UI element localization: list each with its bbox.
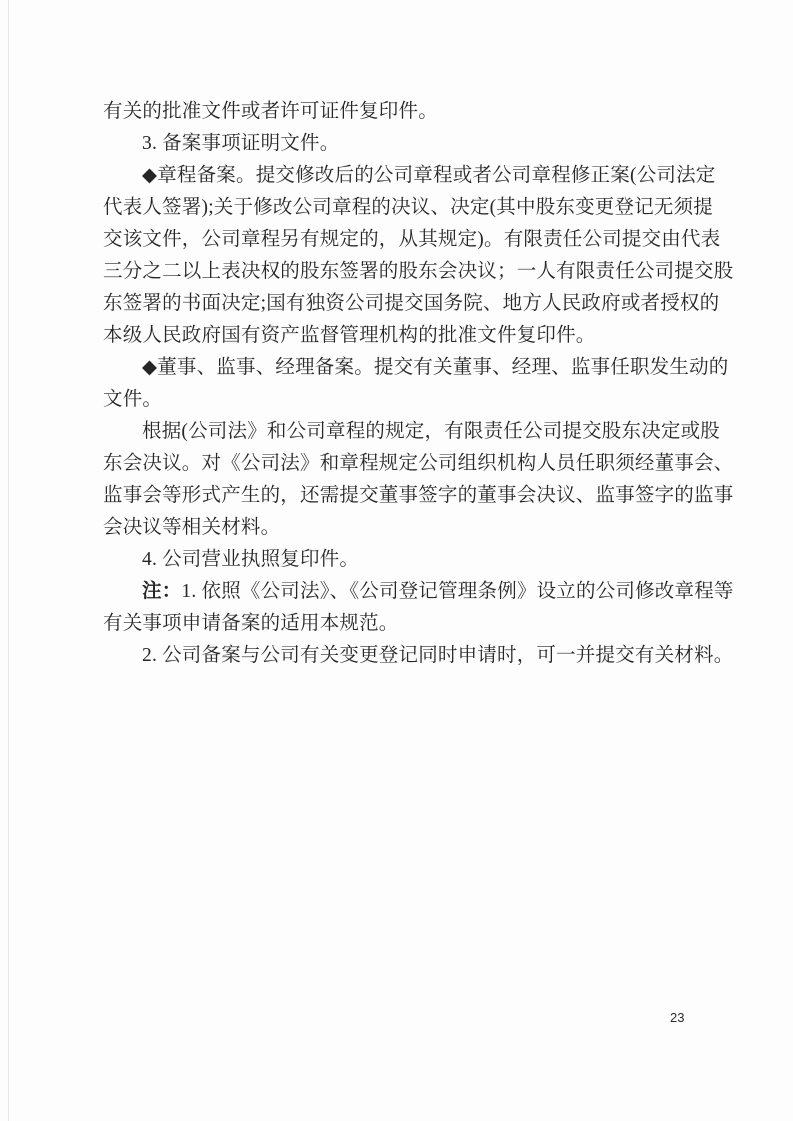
text-line: ◆董事、监事、经理备案。提交有关董事、经理、监事任职发生动的 xyxy=(103,352,743,384)
text-line: 代表人签署);关于修改公司章程的决议、决定(其中股东变更登记无须提 xyxy=(103,192,743,224)
text-line: 监事会等形式产生的，还需提交董事签字的董事会决议、监事签字的监事 xyxy=(103,480,743,512)
text-line: 根据(公司法》和公司章程的规定，有限责任公司提交股东决定或股 xyxy=(103,416,743,448)
scan-edge-artifact xyxy=(8,0,9,1121)
text-line: 东签署的书面决定;国有独资公司提交国务院、地方人民政府或者授权的 xyxy=(103,288,743,320)
text-line: 2. 公司备案与公司有关变更登记同时申请时，可一并提交有关材料。 xyxy=(103,640,743,672)
text-line: 有关事项申请备案的适用本规范。 xyxy=(103,608,743,640)
document-page: 有关的批准文件或者许可证件复印件。3. 备案事项证明文件。◆章程备案。提交修改后… xyxy=(0,0,793,1121)
note-label: 注： xyxy=(142,581,181,602)
text-line: 东会决议。对《公司法》和章程规定公司组织机构人员任职须经董事会、 xyxy=(103,448,743,480)
text-line: 有关的批准文件或者许可证件复印件。 xyxy=(103,96,743,128)
text-line: 3. 备案事项证明文件。 xyxy=(103,128,743,160)
text-line: 三分之二以上表决权的股东签署的股东会决议；一人有限责任公司提交股 xyxy=(103,256,743,288)
document-body: 有关的批准文件或者许可证件复印件。3. 备案事项证明文件。◆章程备案。提交修改后… xyxy=(103,96,743,672)
text-line: ◆章程备案。提交修改后的公司章程或者公司章程修正案(公司法定 xyxy=(103,160,743,192)
text-line: 4. 公司营业执照复印件。 xyxy=(103,544,743,576)
text-line: 文件。 xyxy=(103,384,743,416)
text-line: 本级人民政府国有资产监督管理机构的批准文件复印件。 xyxy=(103,320,743,352)
page-number: 23 xyxy=(670,1010,684,1025)
text-line: 交该文件，公司章程另有规定的，从其规定)。有限责任公司提交由代表 xyxy=(103,224,743,256)
text-line: 会决议等相关材料。 xyxy=(103,512,743,544)
text-line: 注：1. 依照《公司法》、《公司登记管理条例》设立的公司修改章程等 xyxy=(103,576,743,608)
